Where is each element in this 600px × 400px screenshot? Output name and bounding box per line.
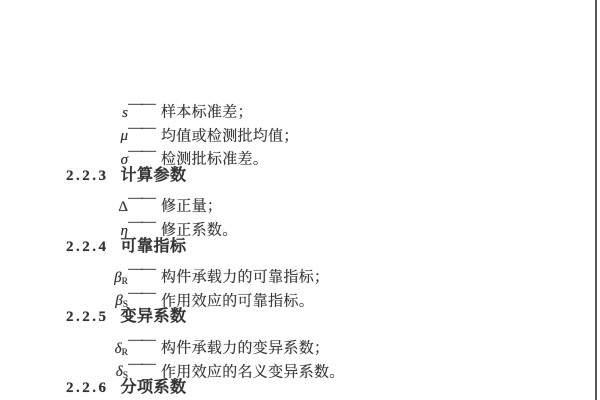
em-dash: —— bbox=[128, 258, 158, 282]
definition-row: Δ——修正量； bbox=[0, 187, 560, 211]
section-heading: 2.2.3计算参数 bbox=[0, 164, 560, 188]
section-title: 分项系数 bbox=[121, 379, 187, 396]
section-heading: 2.2.4可靠指标 bbox=[0, 235, 560, 259]
section-number: 2.2.6 bbox=[66, 380, 109, 396]
section-number: 2.2.5 bbox=[66, 309, 109, 325]
definition-text: 作用效应的名义变异系数。 bbox=[161, 364, 345, 380]
page-edge-line bbox=[595, 0, 597, 400]
em-dash: —— bbox=[128, 187, 158, 211]
symbol-subscript: R bbox=[122, 348, 128, 358]
section-title: 可靠指标 bbox=[121, 238, 187, 255]
definition-row: δS——作用效应的名义变异系数。 bbox=[0, 353, 560, 377]
em-dash: —— bbox=[128, 140, 158, 164]
section-title: 计算参数 bbox=[121, 167, 187, 184]
em-dash: —— bbox=[128, 93, 158, 117]
definition-row: βS——作用效应的可靠指标。 bbox=[0, 282, 560, 306]
definitions-block: s——样本标准差； μ——均值或检测批均值； σ——检测批标准差。 2.2.3计… bbox=[0, 93, 560, 400]
section-number: 2.2.3 bbox=[66, 168, 109, 184]
document-page: s——样本标准差； μ——均值或检测批均值； σ——检测批标准差。 2.2.3计… bbox=[0, 0, 600, 400]
symbol-subscript: S bbox=[123, 300, 128, 310]
section-number: 2.2.4 bbox=[66, 239, 109, 255]
definition-row: δR——构件承载力的变异系数； bbox=[0, 329, 560, 353]
section-title: 变异系数 bbox=[121, 308, 187, 325]
definition-row: s——样本标准差； bbox=[0, 93, 560, 117]
em-dash: —— bbox=[128, 353, 158, 377]
definition-row: η——修正系数。 bbox=[0, 211, 560, 235]
symbol-subscript: R bbox=[122, 277, 128, 287]
em-dash: —— bbox=[128, 329, 158, 353]
em-dash: —— bbox=[128, 211, 158, 235]
symbol-subscript: S bbox=[123, 371, 128, 381]
em-dash: —— bbox=[128, 282, 158, 306]
definition-row: μ——均值或检测批均值； bbox=[0, 117, 560, 141]
definition-row: βR——构件承载力的可靠指标； bbox=[0, 258, 560, 282]
em-dash: —— bbox=[128, 117, 158, 141]
